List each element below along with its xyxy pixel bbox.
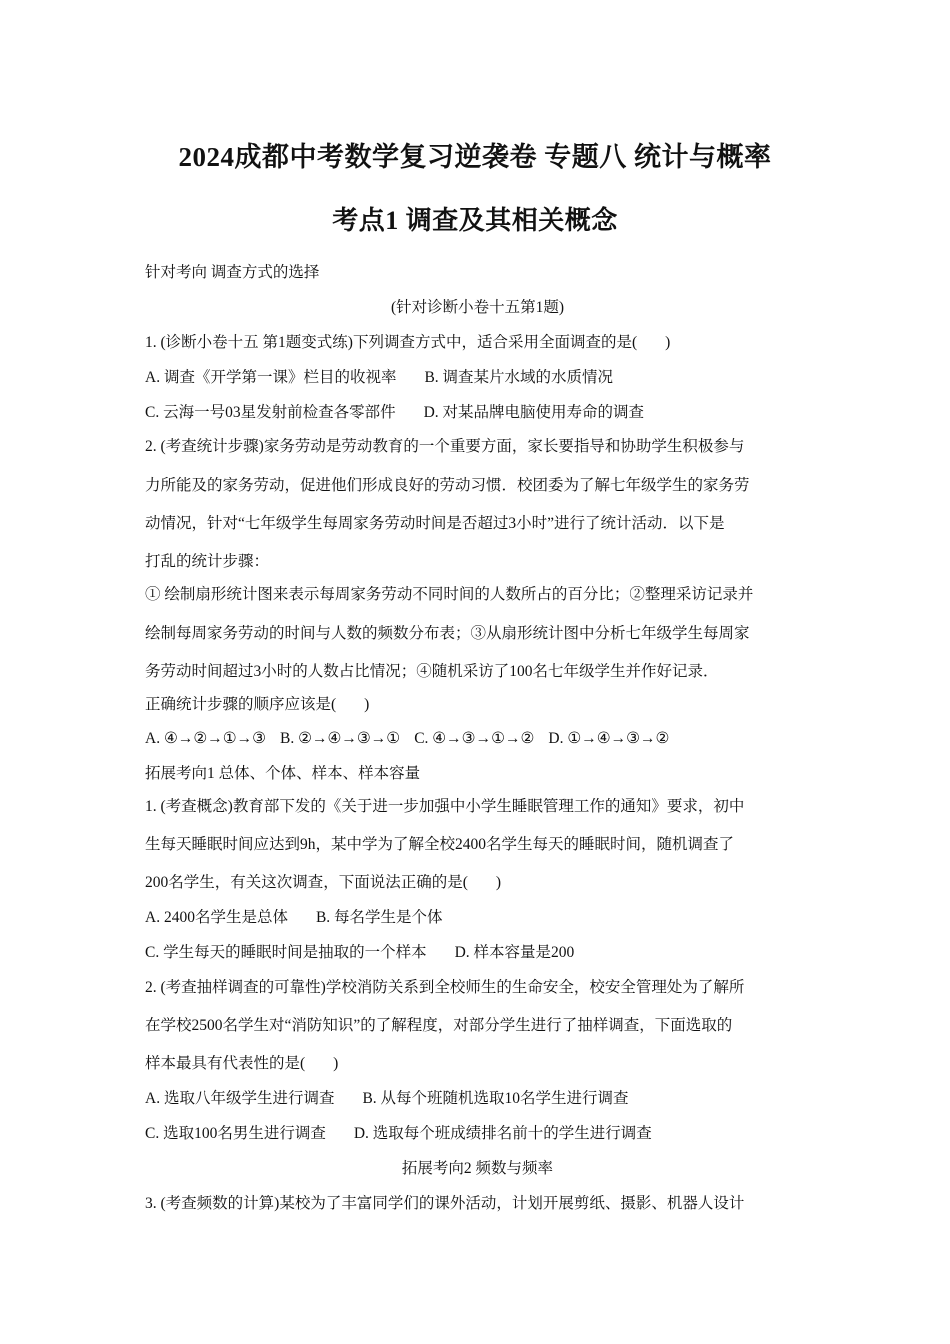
option-a: A. 2400名学生是总体 xyxy=(145,908,288,928)
option-a: A. ④→②→①→③ xyxy=(145,729,266,749)
option-d: D. 样本容量是200 xyxy=(455,943,575,963)
question-4-last-line: 样本最具有代表性的是() xyxy=(145,1054,810,1074)
question-1-options-row-1: A. 调查《开学第一课》栏目的收视率B. 调查某片水域的水质情况 xyxy=(145,368,810,388)
question-2-line: 力所能及的家务劳动，促进他们形成良好的劳动习惯．校团委为了解七年级学生的家务劳 xyxy=(145,476,810,496)
document-page: 2024成都中考数学复习逆袭卷 专题八 统计与概率 考点1 调查及其相关概念 针… xyxy=(0,0,950,1344)
question-4-line: 在学校2500名学生对“消防知识”的了解程度，对部分学生进行了抽样调查，下面选取… xyxy=(145,1016,810,1036)
option-d: D. 选取每个班成绩排名前十的学生进行调查 xyxy=(354,1124,652,1144)
question-2-line: ① 绘制扇形统计图来表示每周家务劳动不同时间的人数所占的百分比；②整理采访记录并 xyxy=(145,585,810,605)
question-2-question: 正确统计步骤的顺序应该是() xyxy=(145,695,810,715)
section-heading-population-sample: 拓展考向1 总体、个体、样本、样本容量 xyxy=(145,764,810,784)
question-4-options-row-2: C. 选取100名男生进行调查D. 选取每个班成绩排名前十的学生进行调查 xyxy=(145,1124,810,1144)
question-3-last-line: 200名学生，有关这次调查，下面说法正确的是() xyxy=(145,873,810,893)
option-b: B. 从每个班随机选取10名学生进行调查 xyxy=(362,1089,628,1109)
question-2-line: 打乱的统计步骤： xyxy=(145,552,810,572)
section-title: 考点1 调查及其相关概念 xyxy=(0,200,950,237)
question-5-line: 3. (考查频数的计算)某校为了丰富同学们的课外活动，计划开展剪纸、摄影、机器人… xyxy=(145,1194,810,1214)
section-heading-survey-method: 针对考向 调查方式的选择 xyxy=(145,263,810,283)
question-1-stem: 1. (诊断小卷十五 第1题变式练)下列调查方式中，适合采用全面调查的是() xyxy=(145,333,810,353)
question-stem-text: 1. (诊断小卷十五 第1题变式练)下列调查方式中，适合采用全面调查的是( xyxy=(145,334,637,351)
document-title: 2024成都中考数学复习逆袭卷 专题八 统计与概率 xyxy=(0,135,950,174)
option-d: D. ①→④→③→② xyxy=(548,729,669,749)
question-4-options-row-1: A. 选取八年级学生进行调查B. 从每个班随机选取10名学生进行调查 xyxy=(145,1089,810,1109)
option-d: D. 对某品牌电脑使用寿命的调查 xyxy=(424,403,644,423)
option-a: A. 调查《开学第一课》栏目的收视率 xyxy=(145,368,396,388)
question-3-line: 生每天睡眠时间应达到9h，某中学为了解全校2400名学生每天的睡眠时间，随机调查… xyxy=(145,835,810,855)
option-c: C. 学生每天的睡眠时间是抽取的一个样本 xyxy=(145,943,427,963)
question-2-line: 2. (考查统计步骤)家务劳动是劳动教育的一个重要方面，家长要指导和协助学生积极… xyxy=(145,437,810,457)
section-heading-frequency: 拓展考向2 频数与频率 xyxy=(145,1159,810,1179)
question-3-line: 1. (考查概念)教育部下发的《关于进一步加强中小学生睡眠管理工作的通知》要求，… xyxy=(145,797,810,817)
option-b: B. 每名学生是个体 xyxy=(316,908,443,928)
question-3-options-row-2: C. 学生每天的睡眠时间是抽取的一个样本D. 样本容量是200 xyxy=(145,943,810,963)
question-2-options: A. ④→②→①→③B. ②→④→③→①C. ④→③→①→②D. ①→④→③→② xyxy=(145,729,810,749)
option-b: B. ②→④→③→① xyxy=(280,729,400,749)
option-c: C. 选取100名男生进行调查 xyxy=(145,1124,326,1144)
option-b: B. 调查某片水域的水质情况 xyxy=(424,368,613,388)
option-a: A. 选取八年级学生进行调查 xyxy=(145,1089,334,1109)
option-c: C. ④→③→①→② xyxy=(414,729,534,749)
question-3-options-row-1: A. 2400名学生是总体B. 每名学生是个体 xyxy=(145,908,810,928)
question-1-options-row-2: C. 云海一号03星发射前检查各零部件D. 对某品牌电脑使用寿命的调查 xyxy=(145,403,810,423)
section-subheading: (针对诊断小卷十五第1题) xyxy=(145,298,810,318)
question-2-line: 绘制每周家务劳动的时间与人数的频数分布表；③从扇形统计图中分析七年级学生每周家 xyxy=(145,624,810,644)
question-2-line: 动情况，针对“七年级学生每周家务劳动时间是否超过3小时”进行了统计活动．以下是 xyxy=(145,514,810,534)
option-c: C. 云海一号03星发射前检查各零部件 xyxy=(145,403,396,423)
question-2-line: 务劳动时间超过3小时的人数占比情况；④随机采访了100名七年级学生并作好记录． xyxy=(145,662,810,682)
question-4-line: 2. (考查抽样调查的可靠性)学校消防关系到全校师生的生命安全，校安全管理处为了… xyxy=(145,978,810,998)
